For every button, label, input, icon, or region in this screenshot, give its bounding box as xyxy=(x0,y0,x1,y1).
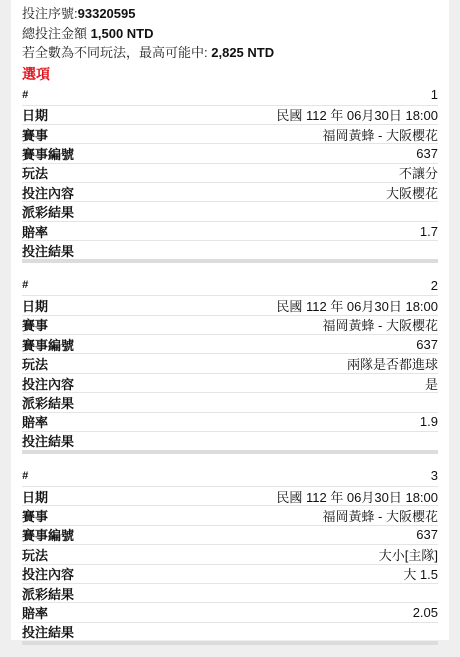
payout-label: 派彩結果 xyxy=(22,584,74,603)
match-no-label: 賽事編號 xyxy=(22,335,74,354)
match-label: 賽事 xyxy=(22,506,48,525)
payout-label: 派彩結果 xyxy=(22,393,74,412)
match-value: 福岡黃蜂 - 大阪櫻花 xyxy=(322,315,438,334)
selection-block: #3 日期民國 112 年 06月30日 18:00 賽事福岡黃蜂 - 大阪櫻花… xyxy=(22,466,438,640)
selection-number-row: #1 xyxy=(22,85,438,106)
date-row: 日期民國 112 年 06月30日 18:00 xyxy=(22,487,438,506)
play-label: 玩法 xyxy=(22,545,48,564)
match-row: 賽事福岡黃蜂 - 大阪櫻花 xyxy=(22,125,438,144)
payout-row: 派彩結果 xyxy=(22,393,438,412)
date-row: 日期民國 112 年 06月30日 18:00 xyxy=(22,106,438,125)
match-no-row: 賽事編號637 xyxy=(22,335,438,354)
date-label: 日期 xyxy=(22,105,48,124)
match-value: 福岡黃蜂 - 大阪櫻花 xyxy=(322,506,438,525)
odds-row: 賠率1.7 xyxy=(22,222,438,241)
bet-label: 投注內容 xyxy=(22,374,74,393)
match-no-value: 637 xyxy=(416,527,438,542)
bet-value: 是 xyxy=(425,374,438,393)
hash-label: # xyxy=(22,89,28,101)
max-label: 若全數為不同玩法，最高可能中: xyxy=(22,45,208,60)
odds-row: 賠率2.05 xyxy=(22,603,438,622)
bet-row: 投注內容是 xyxy=(22,374,438,393)
play-value: 大小[主隊] xyxy=(379,545,438,564)
total-label: 總投注金額 xyxy=(22,26,87,41)
serial-label: 投注序號: xyxy=(22,6,78,21)
date-value: 民國 112 年 06月30日 18:00 xyxy=(276,296,438,315)
date-label: 日期 xyxy=(22,296,48,315)
hash-label: # xyxy=(22,470,28,482)
result-row: 投注結果 xyxy=(22,623,438,640)
payout-label: 派彩結果 xyxy=(22,202,74,221)
selection-block: #1 日期民國 112 年 06月30日 18:00 賽事福岡黃蜂 - 大阪櫻花… xyxy=(22,85,438,276)
bet-label: 投注內容 xyxy=(22,183,74,202)
play-row: 玩法兩隊是否都進球 xyxy=(22,354,438,373)
selection-number-row: #2 xyxy=(22,275,438,296)
result-row: 投注結果 xyxy=(22,432,438,454)
odds-value: 2.05 xyxy=(413,605,438,620)
result-label: 投注結果 xyxy=(22,241,74,260)
match-value: 福岡黃蜂 - 大阪櫻花 xyxy=(322,125,438,144)
match-no-row: 賽事編號637 xyxy=(22,144,438,163)
date-label: 日期 xyxy=(22,487,48,506)
selection-number: 1 xyxy=(431,87,438,102)
match-no-value: 637 xyxy=(416,337,438,352)
payout-row: 派彩結果 xyxy=(22,202,438,221)
bet-detail-page: 投注序號:93320595 總投注金額 1,500 NTD 若全數為不同玩法，最… xyxy=(11,0,449,640)
max-payout: 若全數為不同玩法，最高可能中: 2,825 NTD xyxy=(22,43,438,63)
date-row: 日期民國 112 年 06月30日 18:00 xyxy=(22,296,438,315)
bet-value: 大阪櫻花 xyxy=(386,183,438,202)
odds-label: 賠率 xyxy=(22,222,48,241)
match-no-row: 賽事編號637 xyxy=(22,526,438,545)
match-row: 賽事福岡黃蜂 - 大阪櫻花 xyxy=(22,506,438,525)
play-label: 玩法 xyxy=(22,354,48,373)
payout-row: 派彩結果 xyxy=(22,584,438,603)
selection-number-row: #3 xyxy=(22,466,438,487)
serial-value: 93320595 xyxy=(78,6,136,21)
odds-value: 1.7 xyxy=(420,224,438,239)
match-row: 賽事福岡黃蜂 - 大阪櫻花 xyxy=(22,316,438,335)
result-label: 投注結果 xyxy=(22,622,74,640)
bet-serial: 投注序號:93320595 xyxy=(22,4,438,24)
play-row: 玩法大小[主隊] xyxy=(22,545,438,564)
result-label: 投注結果 xyxy=(22,431,74,450)
odds-label: 賠率 xyxy=(22,412,48,431)
selection-number: 3 xyxy=(431,468,438,483)
bet-total: 總投注金額 1,500 NTD xyxy=(22,24,438,44)
odds-label: 賠率 xyxy=(22,603,48,622)
total-value: 1,500 NTD xyxy=(91,26,154,41)
hash-label: # xyxy=(22,279,28,291)
max-value: 2,825 NTD xyxy=(211,45,274,60)
selection-block: #2 日期民國 112 年 06月30日 18:00 賽事福岡黃蜂 - 大阪櫻花… xyxy=(22,275,438,466)
match-no-label: 賽事編號 xyxy=(22,144,74,163)
result-row: 投注結果 xyxy=(22,241,438,263)
match-label: 賽事 xyxy=(22,125,48,144)
date-value: 民國 112 年 06月30日 18:00 xyxy=(276,487,438,506)
odds-row: 賠率1.9 xyxy=(22,413,438,432)
selection-number: 2 xyxy=(431,278,438,293)
play-label: 玩法 xyxy=(22,163,48,182)
match-no-label: 賽事編號 xyxy=(22,525,74,544)
bet-label: 投注內容 xyxy=(22,564,74,583)
block-gap xyxy=(22,263,438,275)
date-value: 民國 112 年 06月30日 18:00 xyxy=(276,105,438,124)
bet-value: 大 1.5 xyxy=(403,564,438,583)
block-gap xyxy=(22,454,438,466)
bet-row: 投注內容大阪櫻花 xyxy=(22,183,438,202)
play-value: 兩隊是否都進球 xyxy=(347,354,438,373)
match-no-value: 637 xyxy=(416,146,438,161)
odds-value: 1.9 xyxy=(420,414,438,429)
bet-row: 投注內容大 1.5 xyxy=(22,565,438,584)
options-heading: 選項 xyxy=(22,63,438,85)
play-row: 玩法不讓分 xyxy=(22,164,438,183)
play-value: 不讓分 xyxy=(399,163,438,182)
match-label: 賽事 xyxy=(22,315,48,334)
